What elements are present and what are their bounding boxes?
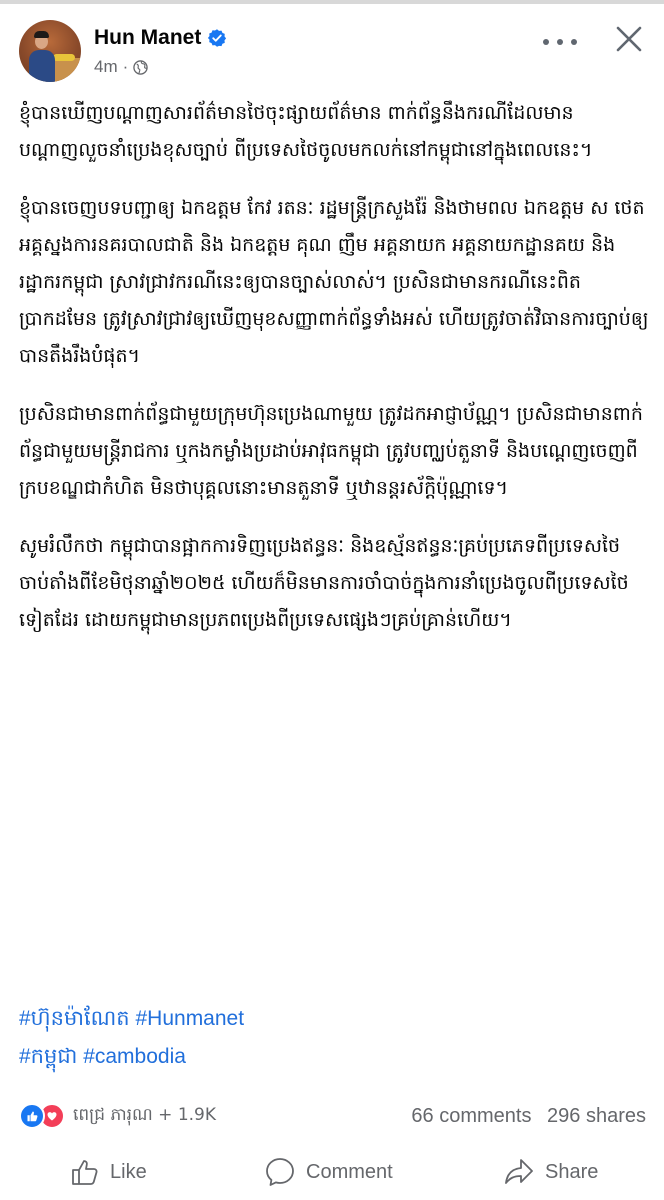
share-button[interactable]: Share xyxy=(503,1157,598,1187)
like-reaction-icon xyxy=(19,1103,45,1129)
hashtag-link[interactable]: #ហ៊ុនម៉ាណែត xyxy=(19,1007,130,1030)
author-row: Hun Manet xyxy=(94,26,227,50)
avatar-figure xyxy=(29,50,55,82)
hashtag-line: #កម្ពុជា #cambodia xyxy=(19,1038,244,1076)
timestamp[interactable]: 4m xyxy=(94,57,118,77)
engagement-stats: ពេជ្រ ភារុណ + 1.9K 66 comments 296 share… xyxy=(19,1098,646,1134)
comment-label: Comment xyxy=(306,1161,393,1184)
like-button[interactable]: Like xyxy=(70,1157,147,1187)
avatar[interactable] xyxy=(19,20,81,82)
action-bar: Like Comment Share xyxy=(0,1150,664,1194)
hashtag-link[interactable]: #Hunmanet xyxy=(135,1007,244,1030)
hashtag-link[interactable]: #cambodia xyxy=(83,1045,186,1068)
meta-separator: · xyxy=(123,57,129,77)
reactions-summary[interactable]: ពេជ្រ ភារុណ + 1.9K xyxy=(19,1103,216,1129)
like-label: Like xyxy=(110,1161,147,1184)
globe-icon xyxy=(133,60,148,75)
hashtags: #ហ៊ុនម៉ាណែត #Hunmanet #កម្ពុជា #cambodia xyxy=(19,1000,244,1076)
author-name[interactable]: Hun Manet xyxy=(94,26,201,50)
hashtag-line: #ហ៊ុនម៉ាណែត #Hunmanet xyxy=(19,1000,244,1038)
post-paragraph: ប្រសិនជាមានពាក់ព័ន្ធជាមួយក្រុមហ៊ុនប្រេងណ… xyxy=(19,396,649,507)
verified-badge-icon xyxy=(207,28,227,48)
shares-count[interactable]: 296 shares xyxy=(547,1105,646,1127)
reaction-icons xyxy=(19,1103,65,1129)
post-paragraph: សូមរំលឹកថា កម្ពុជាបានផ្អាកការទិញប្រេងឥន្… xyxy=(19,528,649,639)
more-dot-icon xyxy=(571,39,577,45)
share-arrow-icon xyxy=(503,1157,535,1187)
post-paragraph: ខ្ញុំបានឃើញបណ្ដាញសារព័ត៌មានថៃចុះផ្សាយព័ត… xyxy=(19,95,649,169)
avatar-hair xyxy=(34,31,49,38)
reactions-text: ពេជ្រ ភារុណ + 1.9K xyxy=(73,1104,216,1129)
more-dot-icon xyxy=(543,39,549,45)
share-label: Share xyxy=(545,1161,598,1184)
comment-bubble-icon xyxy=(264,1156,296,1188)
counts: 66 comments 296 shares xyxy=(401,1105,646,1128)
avatar-flowers xyxy=(53,54,75,61)
top-divider xyxy=(0,0,664,4)
close-icon[interactable] xyxy=(614,24,644,54)
post-paragraph: ខ្ញុំបានចេញបទបញ្ជាឲ្យ ឯកឧត្តម កែវ រតនៈ រ… xyxy=(19,190,649,375)
post-body: ខ្ញុំបានឃើញបណ្ដាញសារព័ត៌មានថៃចុះផ្សាយព័ត… xyxy=(19,95,649,660)
more-options-button[interactable] xyxy=(543,32,577,52)
comment-button[interactable]: Comment xyxy=(264,1156,393,1188)
hashtag-link[interactable]: #កម្ពុជា xyxy=(19,1045,77,1068)
comments-count[interactable]: 66 comments xyxy=(411,1105,531,1127)
post-header: Hun Manet 4m · xyxy=(0,14,664,84)
post-meta: 4m · xyxy=(94,57,148,77)
more-dot-icon xyxy=(557,39,563,45)
thumbs-up-icon xyxy=(70,1157,100,1187)
